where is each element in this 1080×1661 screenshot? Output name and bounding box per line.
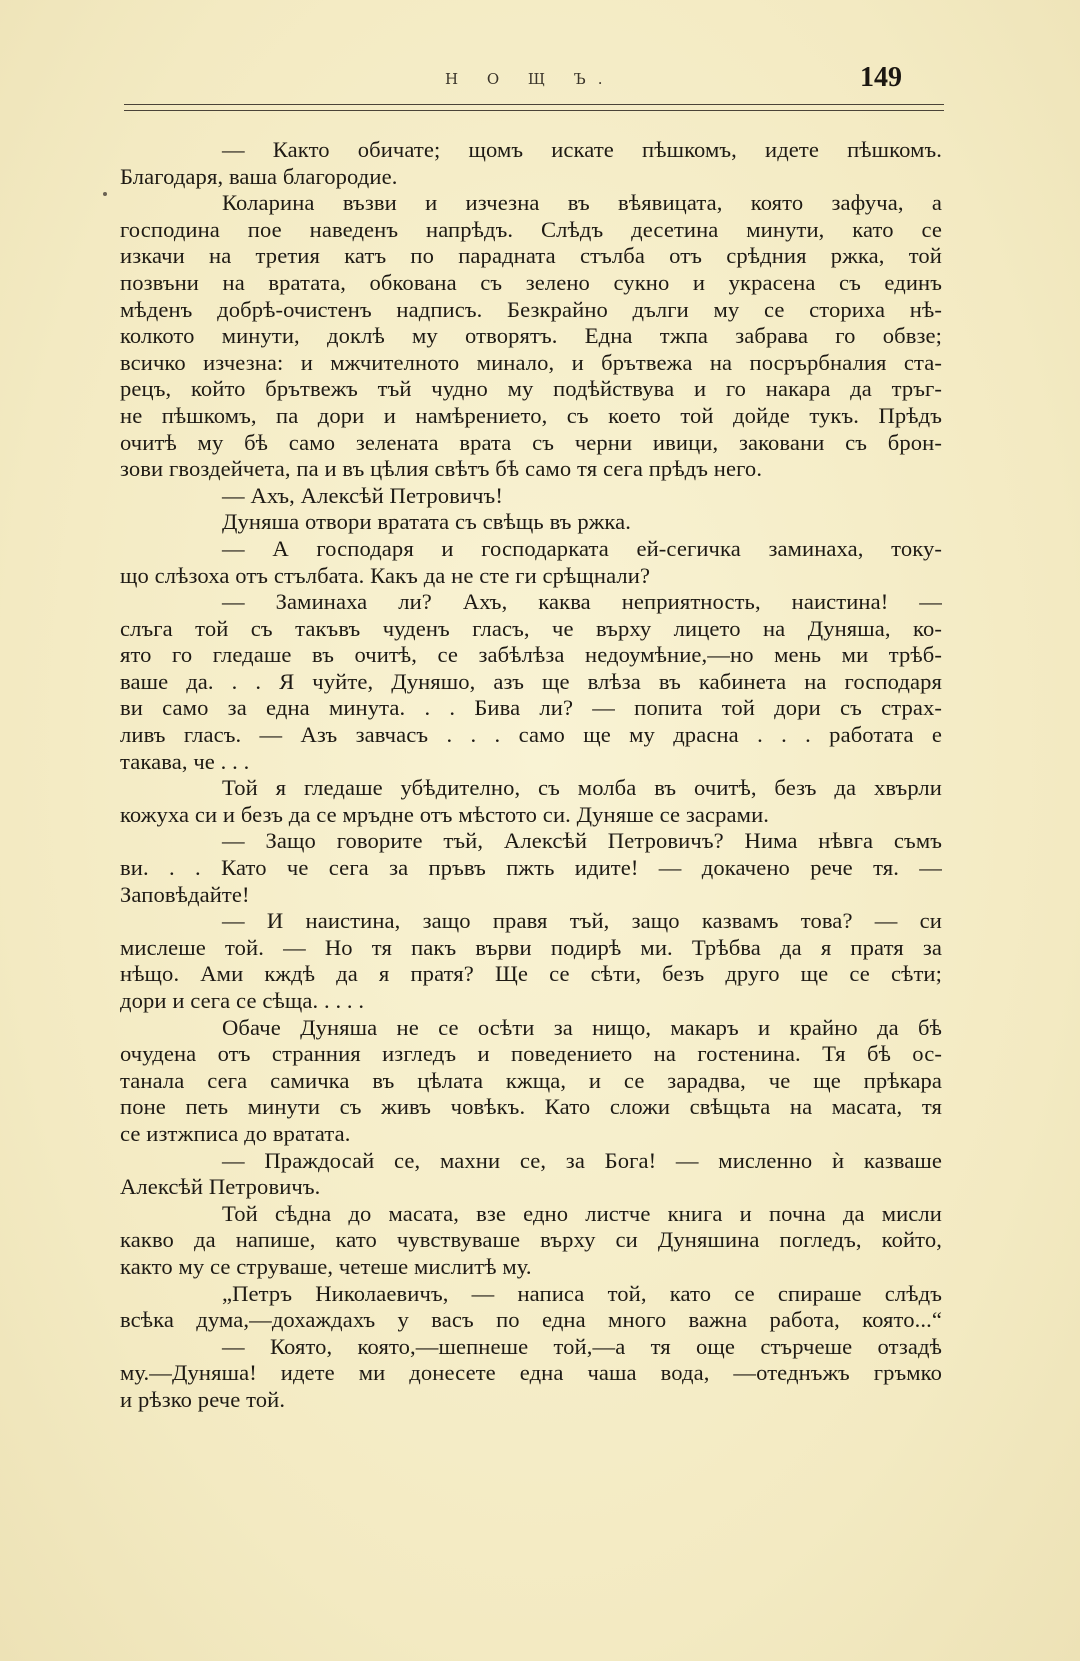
text-line: ви. . . Като че сега за пръвъ пжть идите… <box>120 855 942 882</box>
chapter-title: Н О Щ Ъ. <box>445 70 614 88</box>
text-line: Той я гледаше убѣдително, съ молба въ оч… <box>120 775 942 802</box>
text-line: — А господаря и господарката ей-сегичка … <box>120 536 942 563</box>
text-line: танала сега самичка въ цѣлата кжща, и се… <box>120 1068 942 1095</box>
text-line: ливъ гласъ. — Азъ завчасъ . . . само ще … <box>120 722 942 749</box>
text-line: позвъни на вратата, обкована съ зелено с… <box>120 270 942 297</box>
running-head: Н О Щ Ъ. 149 <box>0 62 1080 102</box>
text-line: и рѣзко рече той. <box>120 1387 942 1414</box>
text-line: Той сѣдна до масата, взе едно листче кни… <box>120 1201 942 1228</box>
book-page: Н О Щ Ъ. 149 — Както обичате; щомъ искат… <box>0 0 1080 1661</box>
text-line: зови гвоздейчета, па и въ цѣлия свѣтъ бѣ… <box>120 456 942 483</box>
text-line: — Защо говорите тъй, Алексѣй Петровичъ? … <box>120 828 942 855</box>
text-line: му.—Дуняша! идете ми донесете една чаша … <box>120 1360 942 1387</box>
text-line: мислеше той. — Но тя пакъ върви подирѣ м… <box>120 935 942 962</box>
text-line: кожуха си и безъ да се мръдне отъ мѣстот… <box>120 802 942 829</box>
text-line: ваше да. . . Я чуйте, Дуняшо, азъ ще влѣ… <box>120 669 942 696</box>
text-line: слъга той съ такъвъ чуденъ гласъ, че вър… <box>120 616 942 643</box>
text-line: се изтжписа до вратата. <box>120 1121 942 1148</box>
text-line: мѣденъ добрѣ-очистенъ надписъ. Безкрайно… <box>120 297 942 324</box>
text-line: всичко изчезна: и мжчителното минало, и … <box>120 350 942 377</box>
text-line: не пѣшкомъ, па дори и намѣрението, съ ко… <box>120 403 942 430</box>
text-line: Заповѣдайте! <box>120 882 942 909</box>
text-line: — Праждосай се, махни се, за Бога! — мис… <box>120 1148 942 1175</box>
text-line: — И наистина, защо правя тъй, защо казва… <box>120 908 942 935</box>
text-line: ви само за една минута. . . Бива ли? — п… <box>120 695 942 722</box>
text-line: всѣка дума,—дохаждахъ у васъ по една мно… <box>120 1307 942 1334</box>
text-line: Алексѣй Петровичъ. <box>120 1174 942 1201</box>
text-line: дори и сега се сѣща. . . . . <box>120 988 942 1015</box>
text-line: — Заминаха ли? Ахъ, каква неприятность, … <box>120 589 942 616</box>
text-line: Дуняша отвори вратата съ свѣщь въ ржка. <box>120 509 942 536</box>
text-line: Коларина възви и изчезна въ вѣявицата, к… <box>120 190 942 217</box>
text-line: поне петь минути съ живъ човѣкъ. Като сл… <box>120 1094 942 1121</box>
text-line: както му се струваше, четеше мислитѣ му. <box>120 1254 942 1281</box>
text-line: очудена отъ странния изгледъ и поведение… <box>120 1041 942 1068</box>
text-line: — Която, която,—шепнеше той,—а тя още ст… <box>120 1334 942 1361</box>
text-line: рецъ, който брътвежъ тъй чудно му подѣйс… <box>120 376 942 403</box>
header-rule <box>124 104 944 111</box>
text-line: що слѣзоха отъ стълбата. Какъ да не сте … <box>120 563 942 590</box>
text-line: „Петръ Николаевичъ, — написа той, като с… <box>120 1281 942 1308</box>
body-text: — Както обичате; щомъ искате пѣшкомъ, ид… <box>120 137 942 1414</box>
text-line: такава, че . . . <box>120 749 942 776</box>
text-line: ято го гледаше въ очитѣ, се забѣлѣза нед… <box>120 642 942 669</box>
page-number: 149 <box>860 62 902 94</box>
text-line: господина пое наведенъ напрѣдъ. Слѣдъ де… <box>120 217 942 244</box>
text-line: колкото минути, доклѣ му отворятъ. Една … <box>120 323 942 350</box>
text-line: Обаче Дуняша не се осѣти за нищо, макаръ… <box>120 1015 942 1042</box>
text-line: изкачи на третия катъ по парадната стълб… <box>120 243 942 270</box>
text-line: Благодаря, ваша благородие. <box>120 164 942 191</box>
text-line: — Както обичате; щомъ искате пѣшкомъ, ид… <box>120 137 942 164</box>
ink-speck <box>103 192 107 196</box>
text-line: какво да напише, като чувствуваше върху … <box>120 1227 942 1254</box>
text-line: нѣщо. Ами кждѣ да я пратя? Ще се сѣти, б… <box>120 961 942 988</box>
text-line: — Ахъ, Алексѣй Петровичъ! <box>120 483 942 510</box>
text-line: очитѣ му бѣ само зелената врата съ черни… <box>120 430 942 457</box>
